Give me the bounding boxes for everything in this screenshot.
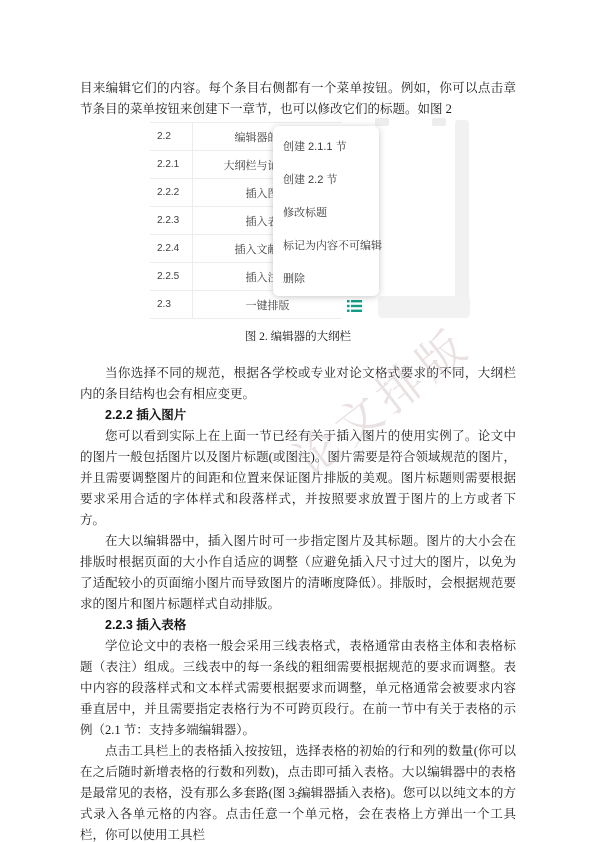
figure-outline-screenshot: 2.2 编辑器的使用 2.2.1 大纲栏与论文结构 2.2.2 插入图片 2.2… [80,120,516,348]
outline-row-number: 2.2 [150,131,192,142]
outline-row-number: 2.2.4 [150,243,192,254]
paragraph: 学位论文中的表格一般会采用三线表格式，表格通常由表格主体和表格标题（表注）组成。… [80,636,516,741]
outline-row-number: 2.3 [150,299,192,310]
background-fragment [455,120,469,303]
menu-item-create-subsection: 创建 2.1.1 节 [273,129,379,162]
background-fragment [378,296,470,318]
menu-item-rename: 修改标题 [273,195,379,228]
menu-item-mark-readonly: 标记为内容不可编辑 [273,228,379,261]
paragraph: 您可以看到实际上在上面一节已经有关于插入图片的使用实例了。论文中的图片一般包括图… [80,426,516,531]
document-page: 论文排版 目来编辑它们的内容。每个条目右侧都有一个菜单按钮。例如，你可以点击章节… [0,0,595,842]
menu-item-create-section: 创建 2.2 节 [273,162,379,195]
outline-row-number: 2.2.2 [150,187,192,198]
outline-row-number: 2.2.5 [150,271,192,282]
background-fragment [375,118,389,126]
figure-caption: 图 2. 编辑器的大纲栏 [80,328,516,344]
paragraph: 目来编辑它们的内容。每个条目右侧都有一个菜单按钮。例如，你可以点击章节条目的菜单… [80,78,516,120]
list-menu-icon [347,299,362,311]
context-menu: 创建 2.1.1 节 创建 2.2 节 修改标题 标记为内容不可编辑 删除 [273,126,379,296]
outline-row-number: 2.2.3 [150,215,192,226]
paragraph: 在大以编辑器中，插入图片时可一步指定图片及其标题。图片的大小会在排版时根据页面的… [80,531,516,615]
page-content: 目来编辑它们的内容。每个条目右侧都有一个菜单按钮。例如，你可以点击章节条目的菜单… [80,78,516,842]
paragraph: 当你选择不同的规范，根据各学校或专业对论文格式要求的不同，大纲栏内的条目结构也会… [80,363,516,405]
page-number: 3 [0,791,595,802]
menu-item-delete: 删除 [273,261,379,294]
outline-row-number: 2.2.1 [150,159,192,170]
section-heading: 2.2.2 插入图片 [80,405,516,426]
background-fragment [432,118,446,126]
section-heading: 2.2.3 插入表格 [80,615,516,636]
